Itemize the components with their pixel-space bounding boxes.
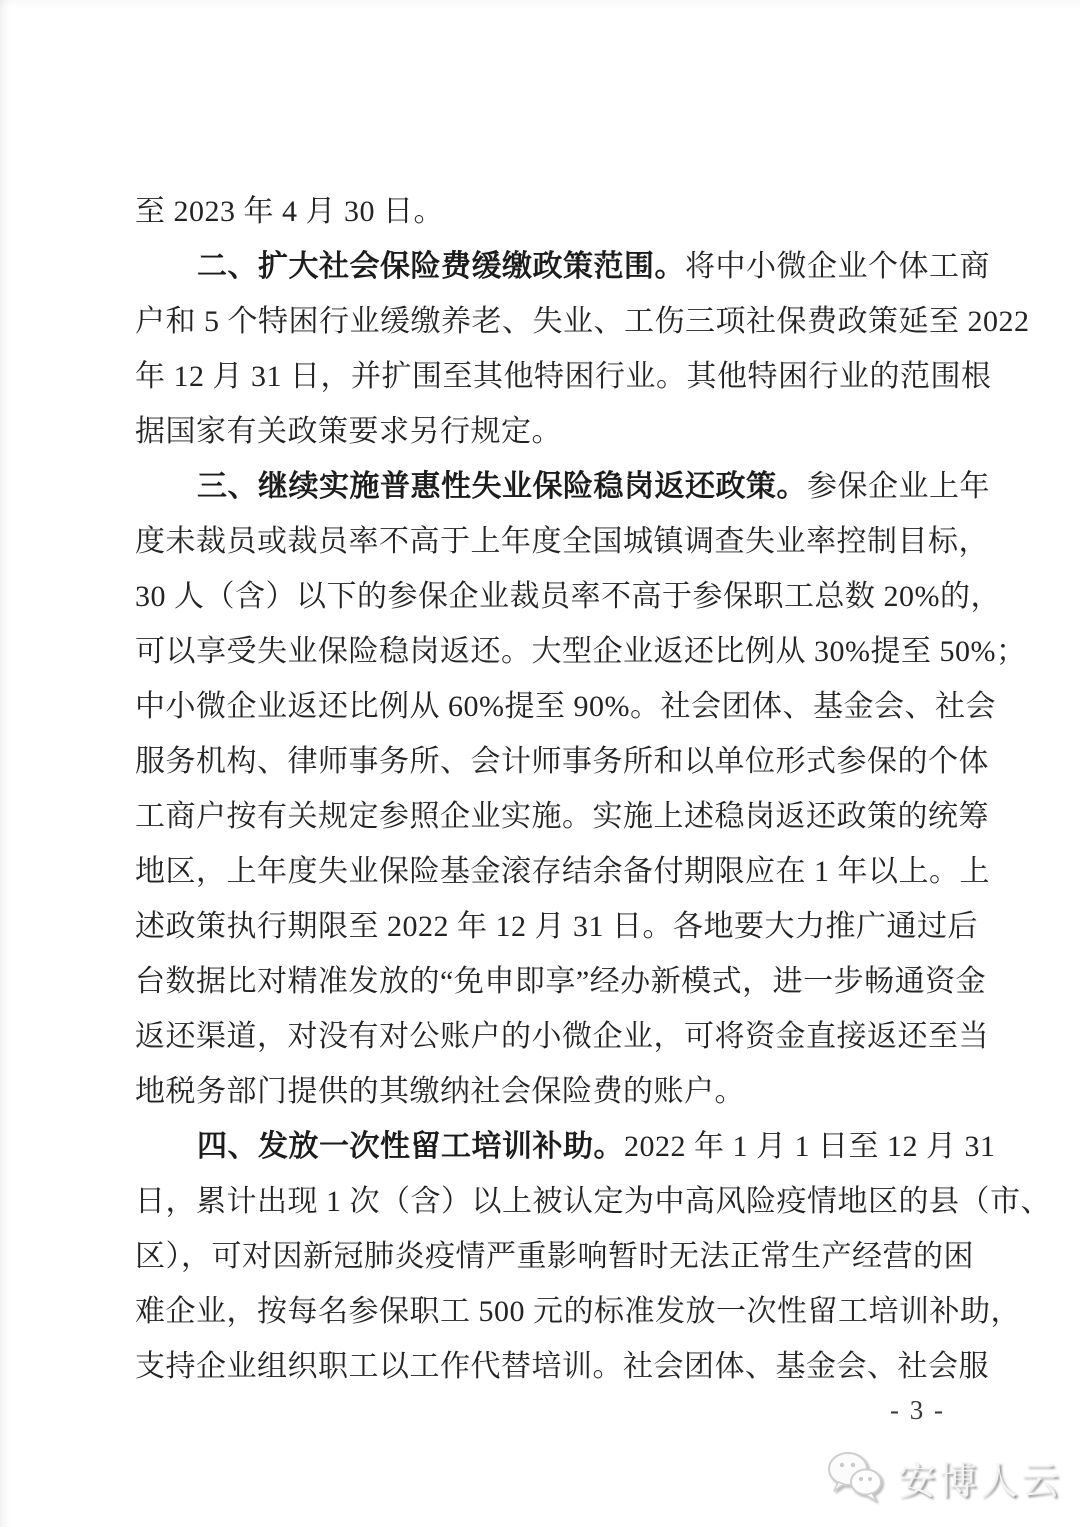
- body-text: 台数据比对精准发放的“免申即享”经办新模式，进一步畅通资金: [135, 965, 986, 998]
- body-text: 将中小微企业个体工商: [685, 250, 990, 283]
- text-line: 据国家有关政策要求另行规定。: [135, 404, 945, 459]
- body-text: 述政策执行期限至 2022 年 12 月 31 日。各地要大力推广通过后: [135, 910, 978, 943]
- wechat-icon: [824, 1449, 888, 1505]
- watermark: 安博人云: [824, 1449, 1062, 1505]
- text-line: 支持企业组织职工以工作代替培训。社会团体、基金会、社会服: [135, 1339, 945, 1394]
- body-text: 可以享受失业保险稳岗返还。大型企业返还比例从 30%提至 50%；: [135, 635, 1026, 668]
- text-line: 二、扩大社会保险费缓缴政策范围。将中小微企业个体工商: [135, 239, 945, 294]
- text-line: 地区，上年度失业保险基金滚存结余备付期限应在 1 年以上。上: [135, 844, 945, 899]
- text-line: 台数据比对精准发放的“免申即享”经办新模式，进一步畅通资金: [135, 954, 945, 1009]
- body-text: 据国家有关政策要求另行规定。: [135, 415, 562, 448]
- body-text: 工商户按有关规定参照企业实施。实施上述稳岗返还政策的统筹: [135, 800, 989, 833]
- text-line: 四、发放一次性留工培训补助。2022 年 1 月 1 日至 12 月 31: [135, 1119, 945, 1174]
- text-line: 年 12 月 31 日，并扩围至其他特困行业。其他特困行业的范围根: [135, 349, 945, 404]
- body-text: 区），可对因新冠肺炎疫情严重影响暂时无法正常生产经营的困: [135, 1240, 974, 1273]
- document-body: 至 2023 年 4 月 30 日。 二、扩大社会保险费缓缴政策范围。将中小微企…: [135, 184, 945, 1394]
- text-line: 区），可对因新冠肺炎疫情严重影响暂时无法正常生产经营的困: [135, 1229, 945, 1284]
- body-text: 度未裁员或裁员率不高于上年度全国城镇调查失业率控制目标，: [135, 525, 989, 558]
- text-line: 至 2023 年 4 月 30 日。: [135, 184, 945, 239]
- text-line: 30 人（含）以下的参保企业裁员率不高于参保职工总数 20%的，: [135, 569, 945, 624]
- text-line: 地税务部门提供的其缴纳社会保险费的账户。: [135, 1064, 945, 1119]
- section-heading: 二、扩大社会保险费缓缴政策范围。: [197, 250, 685, 283]
- body-text: 年 12 月 31 日，并扩围至其他特困行业。其他特困行业的范围根: [135, 360, 992, 393]
- body-text: 地税务部门提供的其缴纳社会保险费的账户。: [135, 1075, 745, 1108]
- text-line: 述政策执行期限至 2022 年 12 月 31 日。各地要大力推广通过后: [135, 899, 945, 954]
- text-line: 工商户按有关规定参照企业实施。实施上述稳岗返还政策的统筹: [135, 789, 945, 844]
- body-text: 地区，上年度失业保险基金滚存结余备付期限应在 1 年以上。上: [135, 855, 990, 888]
- document-page: 至 2023 年 4 月 30 日。 二、扩大社会保险费缓缴政策范围。将中小微企…: [0, 0, 1080, 1527]
- text-line: 服务机构、律师事务所、会计师事务所和以单位形式参保的个体: [135, 734, 945, 789]
- body-text: 2022 年 1 月 1 日至 12 月 31: [624, 1130, 996, 1163]
- text-line: 难企业，按每名参保职工 500 元的标准发放一次性留工培训补助，: [135, 1284, 945, 1339]
- text-line: 户和 5 个特困行业缓缴养老、失业、工伤三项社保费政策延至 2022: [135, 294, 945, 349]
- body-text: 户和 5 个特困行业缓缴养老、失业、工伤三项社保费政策延至 2022: [135, 305, 1030, 338]
- body-text: 服务机构、律师事务所、会计师事务所和以单位形式参保的个体: [135, 745, 989, 778]
- section-heading: 四、发放一次性留工培训补助。: [197, 1130, 624, 1163]
- text-line: 三、继续实施普惠性失业保险稳岗返还政策。参保企业上年: [135, 459, 945, 514]
- body-text: 日，累计出现 1 次（含）以上被认定为中高风险疫情地区的县（市、: [135, 1185, 1051, 1218]
- text-line: 可以享受失业保险稳岗返还。大型企业返还比例从 30%提至 50%；: [135, 624, 945, 679]
- body-text: 难企业，按每名参保职工 500 元的标准发放一次性留工培训补助，: [135, 1295, 1021, 1328]
- body-text: 支持企业组织职工以工作代替培训。社会团体、基金会、社会服: [135, 1350, 989, 1383]
- text-line: 返还渠道，对没有对公账户的小微企业，可将资金直接返还至当: [135, 1009, 945, 1064]
- text-line: 中小微企业返还比例从 60%提至 90%。社会团体、基金会、社会: [135, 679, 945, 734]
- body-text: 30 人（含）以下的参保企业裁员率不高于参保职工总数 20%的，: [135, 580, 1001, 613]
- text-line: 度未裁员或裁员率不高于上年度全国城镇调查失业率控制目标，: [135, 514, 945, 569]
- page-number: - 3 -: [135, 1390, 945, 1430]
- body-text: 返还渠道，对没有对公账户的小微企业，可将资金直接返还至当: [135, 1020, 989, 1053]
- body-text: 中小微企业返还比例从 60%提至 90%。社会团体、基金会、社会: [135, 690, 996, 723]
- body-text: 参保企业上年: [807, 470, 990, 503]
- section-heading: 三、继续实施普惠性失业保险稳岗返还政策。: [197, 470, 807, 503]
- watermark-label: 安博人云: [898, 1450, 1062, 1505]
- text-line: 日，累计出现 1 次（含）以上被认定为中高风险疫情地区的县（市、: [135, 1174, 945, 1229]
- body-text: 至 2023 年 4 月 30 日。: [135, 195, 444, 228]
